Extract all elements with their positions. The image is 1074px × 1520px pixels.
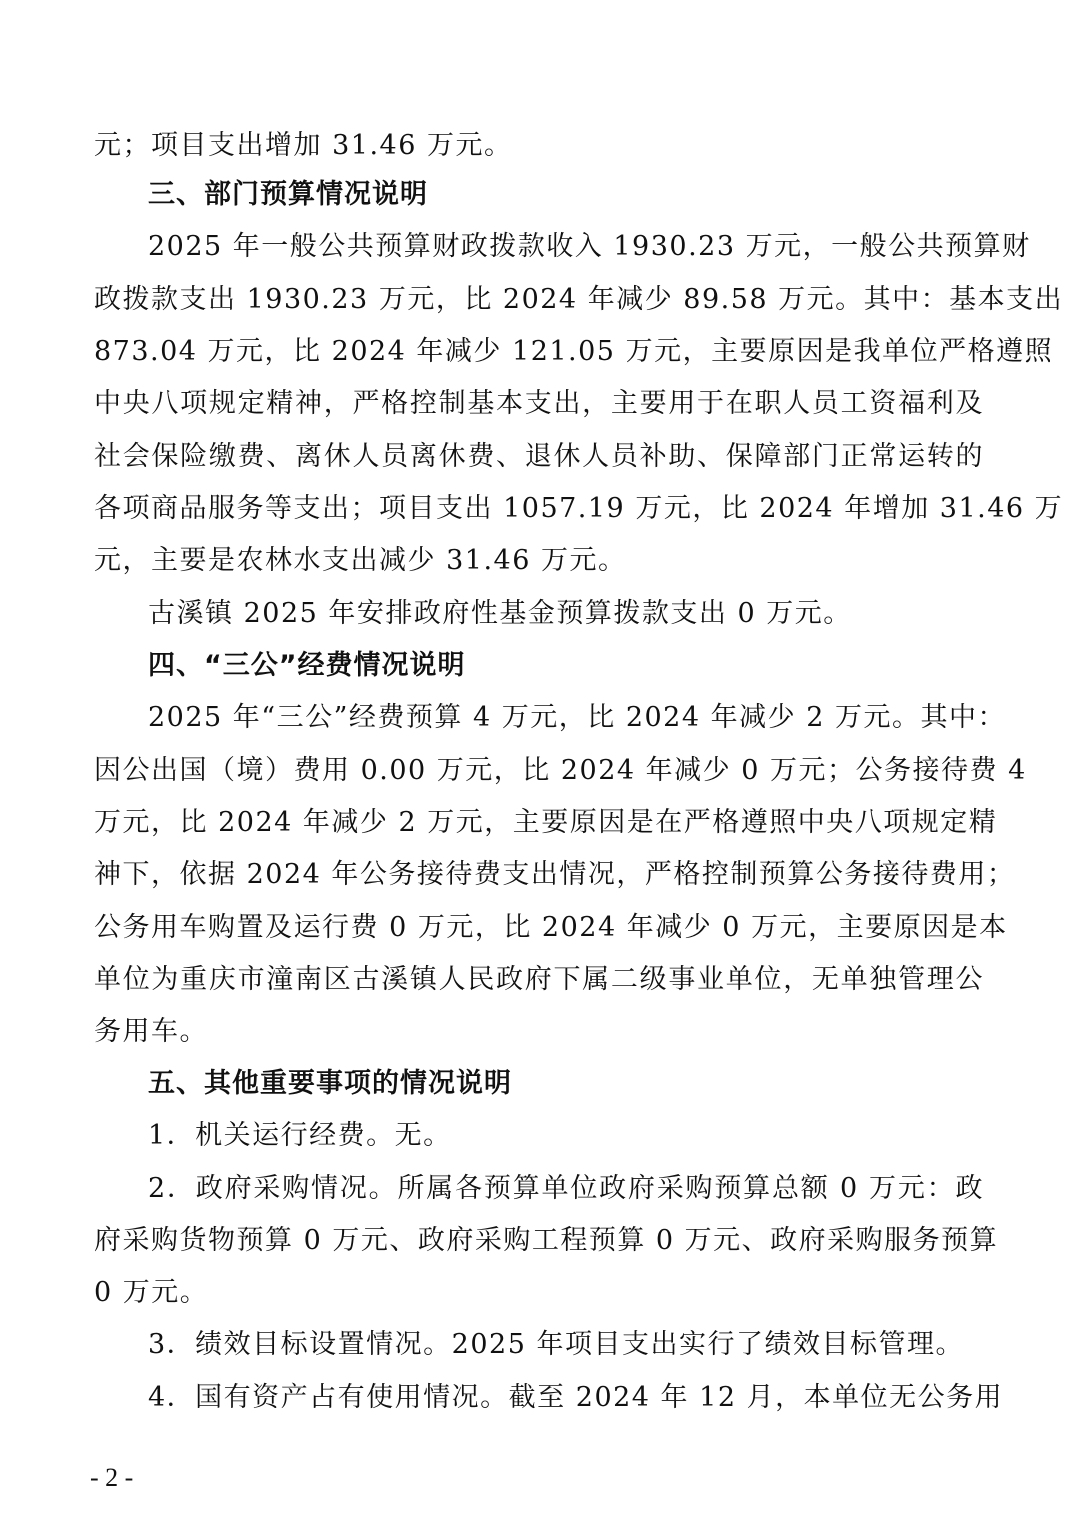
text-line: 873.04 万元，比 2024 年减少 121.05 万元，主要原因是我单位严… xyxy=(94,334,984,370)
text-line: 神下，依据 2024 年公务接待费支出情况，严格控制预算公务接待费用； xyxy=(94,857,984,893)
text-line: 万元，比 2024 年减少 2 万元，主要原因是在严格遵照中央八项规定精 xyxy=(94,805,984,841)
section-heading: 五、其他重要事项的情况说明 xyxy=(148,1066,984,1102)
page-number: - 2 - xyxy=(90,1460,133,1496)
text-line: 2．政府采购情况。所属各预算单位政府采购预算总额 0 万元：政 xyxy=(148,1171,984,1207)
text-line: 公务用车购置及运行费 0 万元，比 2024 年减少 0 万元，主要原因是本 xyxy=(94,910,984,946)
text-line: 单位为重庆市潼南区古溪镇人民政府下属二级事业单位，无单独管理公 xyxy=(94,962,984,998)
text-line: 元，主要是农林水支出减少 31.46 万元。 xyxy=(94,543,984,579)
text-line: 2025 年“三公”经费预算 4 万元，比 2024 年减少 2 万元。其中： xyxy=(148,700,984,736)
text-line: 各项商品服务等支出；项目支出 1057.19 万元，比 2024 年增加 31.… xyxy=(94,491,984,527)
section-heading: 三、部门预算情况说明 xyxy=(148,177,984,213)
text-line: 1．机关运行经费。无。 xyxy=(148,1118,984,1154)
text-line: 务用车。 xyxy=(94,1014,984,1050)
text-line: 府采购货物预算 0 万元、政府采购工程预算 0 万元、政府采购服务预算 xyxy=(94,1223,984,1259)
text-line: 元；项目支出增加 31.46 万元。 xyxy=(94,128,984,164)
text-line: 社会保险缴费、离休人员离休费、退休人员补助、保障部门正常运转的 xyxy=(94,439,984,475)
text-line: 因公出国（境）费用 0.00 万元，比 2024 年减少 0 万元；公务接待费 … xyxy=(94,753,984,789)
text-line: 古溪镇 2025 年安排政府性基金预算拨款支出 0 万元。 xyxy=(148,596,984,632)
text-line: 3．绩效目标设置情况。2025 年项目支出实行了绩效目标管理。 xyxy=(148,1327,984,1363)
text-line: 4．国有资产占有使用情况。截至 2024 年 12 月，本单位无公务用 xyxy=(148,1380,984,1416)
text-line: 中央八项规定精神，严格控制基本支出，主要用于在职人员工资福利及 xyxy=(94,386,984,422)
text-line: 政拨款支出 1930.23 万元，比 2024 年减少 89.58 万元。其中：… xyxy=(94,282,984,318)
text-line: 0 万元。 xyxy=(94,1275,984,1311)
text-line: 2025 年一般公共预算财政拨款收入 1930.23 万元，一般公共预算财 xyxy=(148,229,984,265)
section-heading: 四、“三公”经费情况说明 xyxy=(148,648,984,684)
